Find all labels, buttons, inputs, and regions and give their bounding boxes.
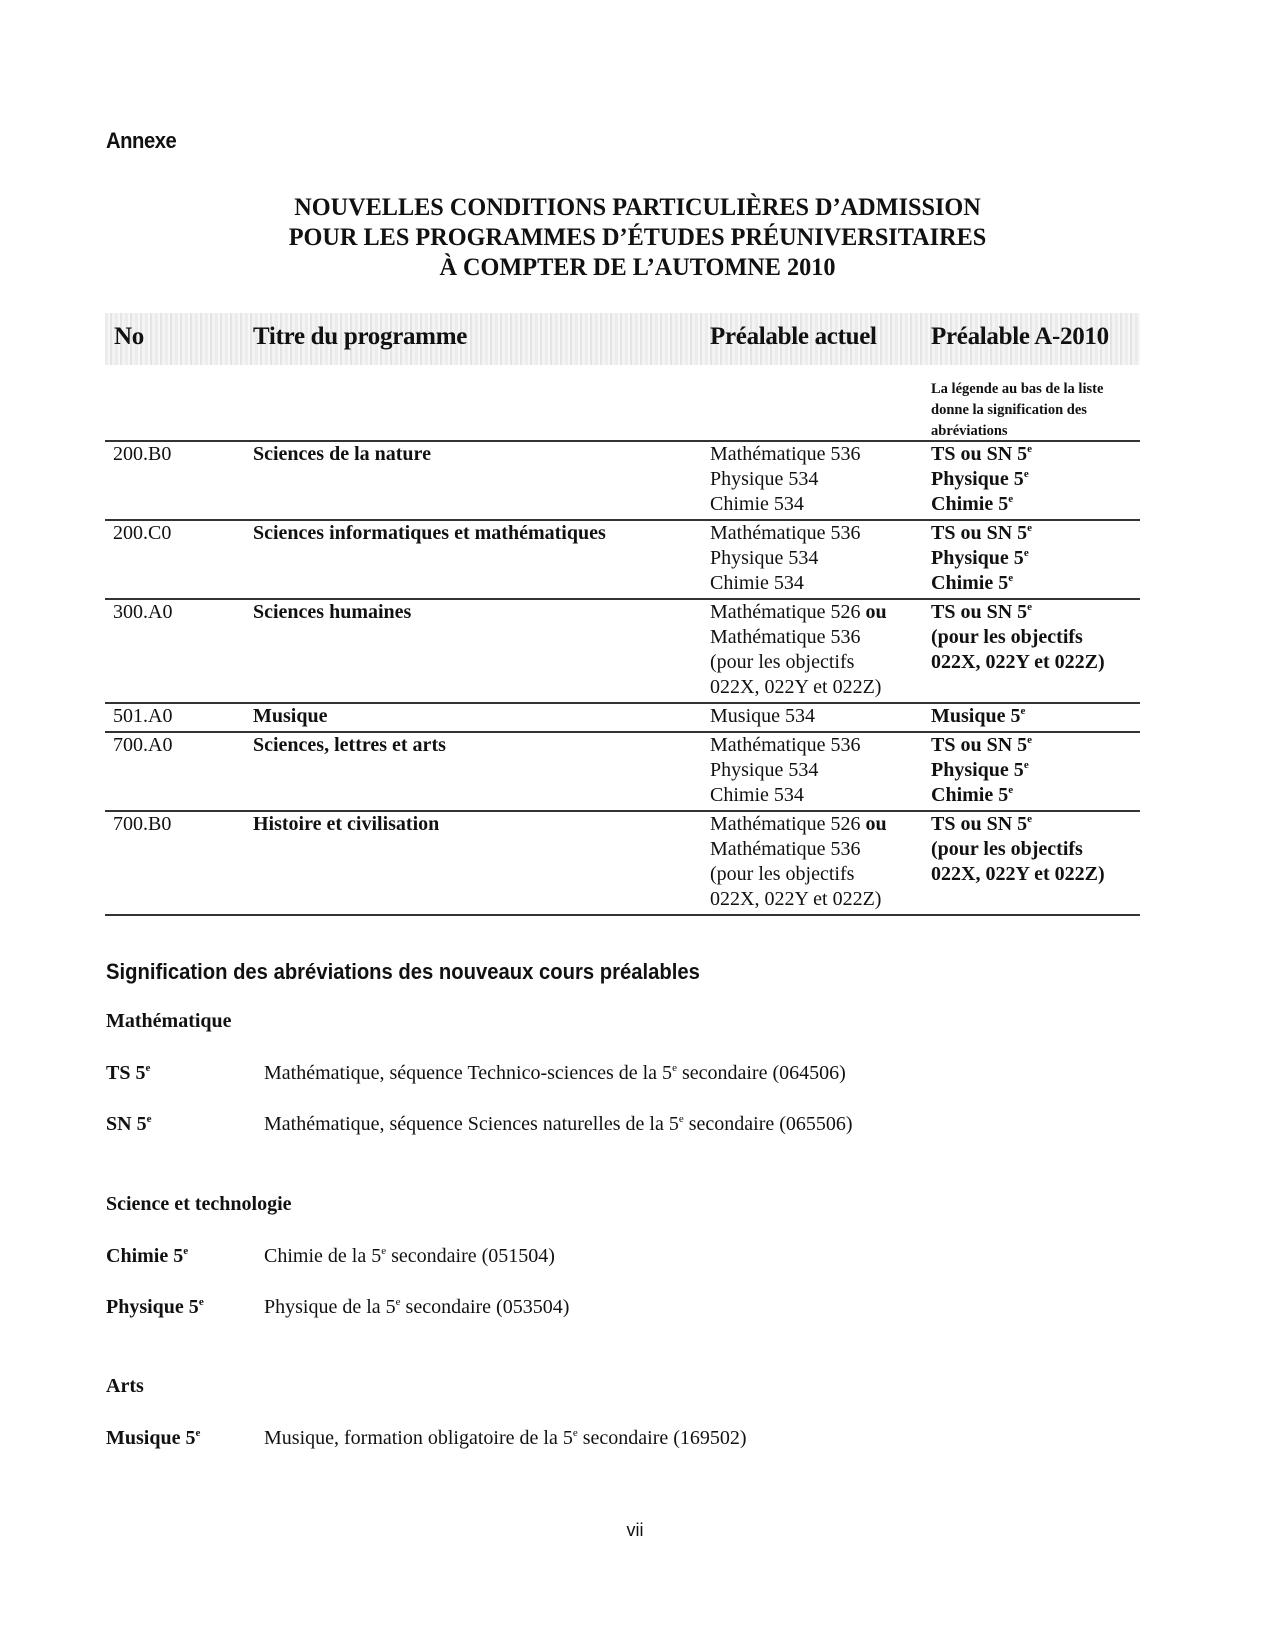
- term-text: Musique 5: [106, 1427, 195, 1449]
- prerequisite-line: 022X, 022Y et 022Z): [931, 650, 1105, 675]
- current-prerequisite: Mathématique 526 ouMathématique 536(pour…: [710, 812, 887, 912]
- legend-note-line: La légende au bas de la liste: [931, 379, 1146, 400]
- prerequisite-line: Physique 5e: [931, 758, 1032, 783]
- abbreviation-term: Chimie 5e: [106, 1245, 188, 1268]
- prerequisite-text: (pour les objectifs: [710, 651, 854, 673]
- prerequisite-text: 022X, 022Y et 022Z): [710, 676, 881, 698]
- new-prerequisite: TS ou SN 5e(pour les objectifs022X, 022Y…: [931, 812, 1105, 887]
- prerequisite-line: Chimie 5e: [931, 571, 1032, 596]
- table-row: 200.B0Sciences de la natureMathématique …: [105, 440, 1140, 519]
- prerequisite-text: Physique 5: [931, 547, 1024, 569]
- abbreviation-category: Mathématique: [106, 1010, 232, 1033]
- ordinal-superscript: e: [199, 1296, 204, 1308]
- prerequisite-text: (pour les objectifs: [931, 626, 1083, 648]
- ordinal-superscript: e: [1027, 734, 1032, 746]
- prerequisite-text: TS ou SN 5: [931, 734, 1027, 756]
- prerequisite-text: TS ou SN 5: [931, 443, 1027, 465]
- prerequisite-text: Physique 534: [710, 468, 818, 490]
- prerequisite-line: 022X, 022Y et 022Z): [710, 675, 887, 700]
- program-number: 200.C0: [113, 521, 171, 546]
- program-number: 700.A0: [113, 733, 172, 758]
- ordinal-superscript: e: [195, 1427, 200, 1439]
- prerequisite-text: 022X, 022Y et 022Z): [931, 863, 1105, 885]
- title-line-1: NOUVELLES CONDITIONS PARTICULIÈRES D’ADM…: [19, 193, 1256, 223]
- prerequisite-text: Physique 534: [710, 547, 818, 569]
- abbreviation-definition: Physique de la 5e secondaire (053504): [264, 1296, 569, 1319]
- ordinal-superscript: e: [1024, 468, 1029, 480]
- title-line-3: À COMPTER DE L’AUTOMNE 2010: [19, 253, 1256, 283]
- ordinal-superscript: e: [183, 1245, 188, 1257]
- definition-text: Physique de la 5: [264, 1296, 396, 1318]
- prerequisite-line: TS ou SN 5e: [931, 600, 1105, 625]
- abbreviation-term: Musique 5e: [106, 1427, 200, 1450]
- abbreviation-category: Science et technologie: [106, 1193, 292, 1216]
- prerequisite-text: Chimie 534: [710, 493, 804, 515]
- prerequisite-line: Physique 534: [710, 467, 861, 492]
- annex-label: Annexe: [106, 128, 176, 154]
- table-row: 700.A0Sciences, lettres et artsMathémati…: [105, 731, 1140, 810]
- ordinal-superscript: e: [1027, 522, 1032, 534]
- current-prerequisite: Mathématique 536Physique 534Chimie 534: [710, 521, 861, 596]
- ordinal-superscript: e: [1008, 784, 1013, 796]
- prerequisite-line: Chimie 5e: [931, 783, 1032, 808]
- definition-text: Mathématique, séquence Sciences naturell…: [264, 1113, 679, 1135]
- prerequisite-text: Physique 5: [931, 468, 1024, 490]
- prerequisite-text: 022X, 022Y et 022Z): [710, 888, 881, 910]
- prerequisite-line: Mathématique 526 ou: [710, 600, 887, 625]
- prerequisite-line: TS ou SN 5e: [931, 812, 1105, 837]
- prerequisite-text: Chimie 5: [931, 493, 1008, 515]
- abbreviations-heading: Signification des abréviations des nouve…: [106, 959, 700, 985]
- program-number: 200.B0: [113, 442, 171, 467]
- title-line-2: POUR LES PROGRAMMES D’ÉTUDES PRÉUNIVERSI…: [19, 223, 1256, 253]
- current-prerequisite: Mathématique 536Physique 534Chimie 534: [710, 442, 861, 517]
- prerequisite-text: Physique 5: [931, 759, 1024, 781]
- abbreviation-definition: Mathématique, séquence Technico-sciences…: [264, 1062, 846, 1085]
- prerequisite-line: Mathématique 536: [710, 733, 861, 758]
- table-row: 300.A0Sciences humainesMathématique 526 …: [105, 598, 1140, 702]
- prerequisite-text: Mathématique 536: [710, 443, 861, 465]
- prerequisite-line: Mathématique 536: [710, 625, 887, 650]
- prerequisite-line: Physique 5e: [931, 467, 1032, 492]
- table-row: 501.A0MusiqueMusique 534Musique 5e: [105, 702, 1140, 731]
- prerequisite-line: Mathématique 536: [710, 442, 861, 467]
- current-prerequisite: Mathématique 526 ouMathématique 536(pour…: [710, 600, 887, 700]
- abbreviation-term: TS 5e: [106, 1062, 150, 1085]
- new-prerequisite: Musique 5e: [931, 704, 1025, 729]
- prerequisite-line: TS ou SN 5e: [931, 521, 1032, 546]
- legend-note: La légende au bas de la liste donne la s…: [931, 379, 1146, 442]
- new-prerequisite: TS ou SN 5ePhysique 5eChimie 5e: [931, 521, 1032, 596]
- table-header: No Titre du programme Préalable actuel P…: [105, 313, 1140, 365]
- prerequisite-text: Mathématique 536: [710, 626, 861, 648]
- program-title: Sciences, lettres et arts: [253, 733, 446, 758]
- new-prerequisite: TS ou SN 5e(pour les objectifs022X, 022Y…: [931, 600, 1105, 675]
- definition-text: secondaire (064506): [677, 1062, 846, 1084]
- term-text: Physique 5: [106, 1296, 199, 1318]
- prerequisite-line: (pour les objectifs: [931, 625, 1105, 650]
- definition-text: Musique, formation obligatoire de la 5: [264, 1427, 573, 1449]
- prerequisite-text: Mathématique 536: [710, 838, 861, 860]
- ordinal-superscript: e: [147, 1113, 152, 1125]
- definition-text: secondaire (169502): [578, 1427, 747, 1449]
- term-text: Chimie 5: [106, 1245, 183, 1267]
- prerequisite-line: Chimie 534: [710, 492, 861, 517]
- program-title: Sciences humaines: [253, 600, 411, 625]
- prerequisite-line: Mathématique 536: [710, 521, 861, 546]
- prerequisite-line: Physique 534: [710, 758, 861, 783]
- prerequisite-line: Musique 534: [710, 704, 815, 729]
- program-number: 700.B0: [113, 812, 171, 837]
- program-number: 501.A0: [113, 704, 172, 729]
- program-title: Sciences de la nature: [253, 442, 431, 467]
- prerequisite-text: TS ou SN 5: [931, 522, 1027, 544]
- prerequisite-line: Physique 534: [710, 546, 861, 571]
- current-prerequisite: Musique 534: [710, 704, 815, 729]
- prerequisite-line: (pour les objectifs: [710, 650, 887, 675]
- legend-note-line: donne la signification des: [931, 400, 1146, 421]
- document-title: NOUVELLES CONDITIONS PARTICULIÈRES D’ADM…: [0, 193, 1275, 283]
- ordinal-superscript: e: [1024, 547, 1029, 559]
- program-title: Musique: [253, 704, 327, 729]
- prerequisite-text: Chimie 5: [931, 572, 1008, 594]
- prerequisite-text: (pour les objectifs: [931, 838, 1083, 860]
- legend-note-line: abréviations: [931, 421, 1146, 442]
- or-conjunction: ou: [866, 601, 887, 623]
- prerequisite-line: Mathématique 536: [710, 837, 887, 862]
- prerequisite-text: Mathématique 536: [710, 522, 861, 544]
- definition-text: secondaire (065506): [684, 1113, 853, 1135]
- prerequisite-text: (pour les objectifs: [710, 863, 854, 885]
- prerequisite-text: Chimie 534: [710, 784, 804, 806]
- page-number: vii: [0, 1520, 1270, 1541]
- ordinal-superscript: e: [1008, 572, 1013, 584]
- definition-text: secondaire (051504): [386, 1245, 555, 1267]
- term-text: SN 5: [106, 1113, 147, 1135]
- column-header-program-title: Titre du programme: [253, 323, 467, 351]
- ordinal-superscript: e: [145, 1062, 150, 1074]
- ordinal-superscript: e: [1027, 443, 1032, 455]
- prerequisite-line: Physique 5e: [931, 546, 1032, 571]
- prerequisite-line: (pour les objectifs: [931, 837, 1105, 862]
- prerequisite-line: Chimie 5e: [931, 492, 1032, 517]
- abbreviation-definition: Musique, formation obligatoire de la 5e …: [264, 1427, 747, 1450]
- ordinal-superscript: e: [1008, 493, 1013, 505]
- program-title: Histoire et civilisation: [253, 812, 439, 837]
- prerequisite-text: Chimie 5: [931, 784, 1008, 806]
- abbreviation-definition: Mathématique, séquence Sciences naturell…: [264, 1113, 853, 1136]
- term-text: TS 5: [106, 1062, 145, 1084]
- prerequisite-text: Chimie 534: [710, 572, 804, 594]
- prerequisite-line: TS ou SN 5e: [931, 442, 1032, 467]
- prerequisite-text: Mathématique 526: [710, 601, 861, 623]
- prerequisite-text: 022X, 022Y et 022Z): [931, 651, 1105, 673]
- program-title: Sciences informatiques et mathématiques: [253, 521, 606, 546]
- prerequisite-text: Mathématique 536: [710, 734, 861, 756]
- new-prerequisite: TS ou SN 5ePhysique 5eChimie 5e: [931, 733, 1032, 808]
- abbreviation-category: Arts: [106, 1375, 144, 1398]
- abbreviation-term: Physique 5e: [106, 1296, 204, 1319]
- or-conjunction: ou: [866, 813, 887, 835]
- prerequisite-text: TS ou SN 5: [931, 601, 1027, 623]
- programs-table: 200.B0Sciences de la natureMathématique …: [105, 440, 1140, 916]
- prerequisite-line: Musique 5e: [931, 704, 1025, 729]
- definition-text: Chimie de la 5: [264, 1245, 381, 1267]
- prerequisite-text: Physique 534: [710, 759, 818, 781]
- prerequisite-text: TS ou SN 5: [931, 813, 1027, 835]
- ordinal-superscript: e: [1027, 601, 1032, 613]
- table-row: 700.B0Histoire et civilisationMathématiq…: [105, 810, 1140, 916]
- column-header-a2010-prerequisite: Préalable A-2010: [931, 323, 1109, 351]
- ordinal-superscript: e: [1027, 813, 1032, 825]
- program-number: 300.A0: [113, 600, 172, 625]
- column-header-current-prerequisite: Préalable actuel: [710, 323, 877, 351]
- new-prerequisite: TS ou SN 5ePhysique 5eChimie 5e: [931, 442, 1032, 517]
- column-header-no: No: [114, 323, 144, 351]
- prerequisite-line: (pour les objectifs: [710, 862, 887, 887]
- prerequisite-line: TS ou SN 5e: [931, 733, 1032, 758]
- ordinal-superscript: e: [1024, 759, 1029, 771]
- abbreviation-term: SN 5e: [106, 1113, 151, 1136]
- definition-text: secondaire (053504): [401, 1296, 570, 1318]
- current-prerequisite: Mathématique 536Physique 534Chimie 534: [710, 733, 861, 808]
- ordinal-superscript: e: [1020, 705, 1025, 717]
- prerequisite-line: 022X, 022Y et 022Z): [710, 887, 887, 912]
- prerequisite-line: Mathématique 526 ou: [710, 812, 887, 837]
- prerequisite-text: Mathématique 526: [710, 813, 861, 835]
- prerequisite-line: Chimie 534: [710, 571, 861, 596]
- prerequisite-text: Musique 5: [931, 705, 1020, 727]
- prerequisite-text: Musique 534: [710, 705, 815, 727]
- prerequisite-line: Chimie 534: [710, 783, 861, 808]
- definition-text: Mathématique, séquence Technico-sciences…: [264, 1062, 672, 1084]
- table-row: 200.C0Sciences informatiques et mathémat…: [105, 519, 1140, 598]
- abbreviation-definition: Chimie de la 5e secondaire (051504): [264, 1245, 555, 1268]
- prerequisite-line: 022X, 022Y et 022Z): [931, 862, 1105, 887]
